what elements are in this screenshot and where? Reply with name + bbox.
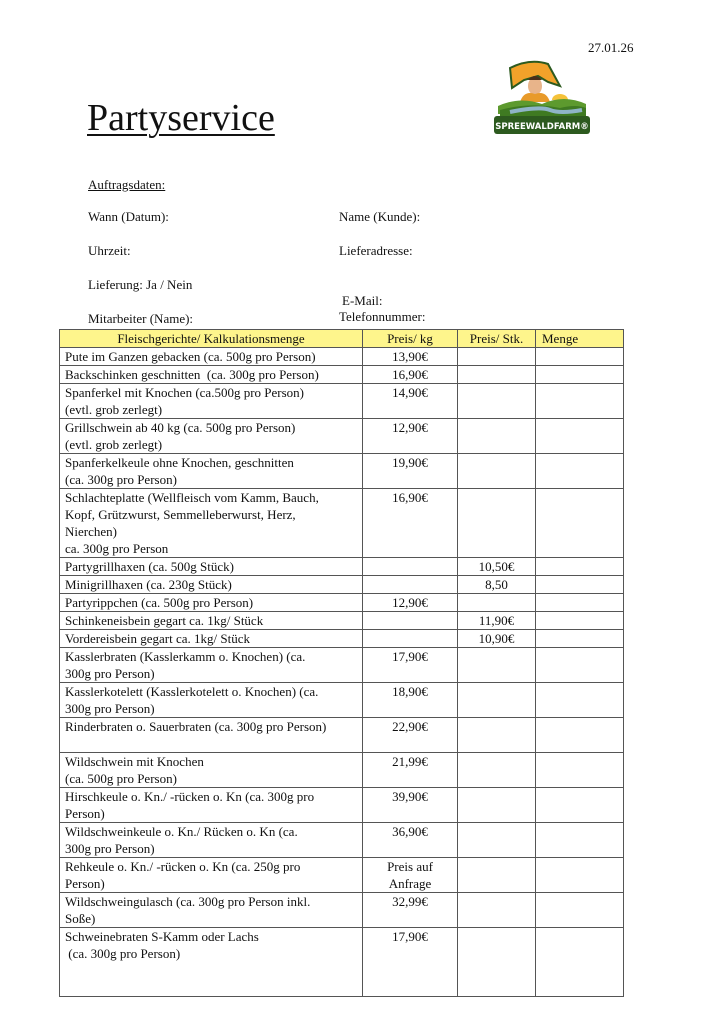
price-per-kg-cell <box>363 558 458 576</box>
employee-field-label: Mitarbeiter (Name): <box>88 311 193 327</box>
quantity-input-cell[interactable] <box>536 858 624 893</box>
cell-line: Anfrage <box>367 875 453 892</box>
cell-line <box>65 962 358 979</box>
quantity-input-cell[interactable] <box>536 594 624 612</box>
table-row: Spanferkel mit Knochen (ca.500g pro Pers… <box>60 384 624 419</box>
price-per-piece-cell <box>458 683 536 718</box>
dish-name-cell: Partyrippchen (ca. 500g pro Person) <box>60 594 363 612</box>
cell-line: Kasslerkotelett (Kasslerkotelett o. Knoc… <box>65 683 358 700</box>
price-per-piece-cell <box>458 753 536 788</box>
cell-line: 12,90€ <box>367 419 453 436</box>
price-per-piece-cell <box>458 788 536 823</box>
cell-line: 17,90€ <box>367 648 453 665</box>
quantity-input-cell[interactable] <box>536 718 624 753</box>
svg-text:SPREEWALDFARM®: SPREEWALDFARM® <box>495 122 588 132</box>
dish-name-cell: Partygrillhaxen (ca. 500g Stück) <box>60 558 363 576</box>
cell-line: 19,90€ <box>367 454 453 471</box>
quantity-input-cell[interactable] <box>536 683 624 718</box>
price-per-piece-cell <box>458 454 536 489</box>
quantity-input-cell[interactable] <box>536 384 624 419</box>
table-row: Minigrillhaxen (ca. 230g Stück)8,50 <box>60 576 624 594</box>
cell-line: Wildschweingulasch (ca. 300g pro Person … <box>65 893 358 910</box>
date-field-label: Wann (Datum): <box>88 209 169 225</box>
cell-line: 18,90€ <box>367 683 453 700</box>
table-row: Partyrippchen (ca. 500g pro Person)12,90… <box>60 594 624 612</box>
cell-line: 22,90€ <box>367 718 453 735</box>
table-row: Schinkeneisbein gegart ca. 1kg/ Stück11,… <box>60 612 624 630</box>
customer-field-label: Name (Kunde): <box>339 209 420 225</box>
table-header-row: Fleischgerichte/ Kalkulationsmenge Preis… <box>60 330 624 348</box>
dish-name-cell: Schinkeneisbein gegart ca. 1kg/ Stück <box>60 612 363 630</box>
table-row: Rinderbraten o. Sauerbraten (ca. 300g pr… <box>60 718 624 753</box>
email-field-label: E-Mail: <box>342 293 382 309</box>
dish-name-cell: Wildschweingulasch (ca. 300g pro Person … <box>60 893 363 928</box>
document-date: 27.01.26 <box>588 40 634 56</box>
price-per-piece-cell: 10,50€ <box>458 558 536 576</box>
price-per-piece-cell <box>458 718 536 753</box>
cell-line: 12,90€ <box>367 594 453 611</box>
price-per-kg-cell: 16,90€ <box>363 489 458 558</box>
cell-line: Wildschweinkeule o. Kn./ Rücken o. Kn (c… <box>65 823 358 840</box>
cell-line: Soße) <box>65 910 358 927</box>
column-header-dish: Fleischgerichte/ Kalkulationsmenge <box>60 330 363 348</box>
cell-line: Backschinken geschnitten (ca. 300g pro P… <box>65 366 358 383</box>
price-per-kg-cell: 17,90€ <box>363 928 458 997</box>
page-title: Partyservice <box>87 96 275 140</box>
cell-line: ca. 300g pro Person <box>65 540 358 557</box>
table-body: Pute im Ganzen gebacken (ca. 500g pro Pe… <box>60 348 624 997</box>
price-per-kg-cell: 19,90€ <box>363 454 458 489</box>
cell-line: (evtl. grob zerlegt) <box>65 401 358 418</box>
dish-name-cell: Vordereisbein gegart ca. 1kg/ Stück <box>60 630 363 648</box>
cell-line: Person) <box>65 805 358 822</box>
quantity-input-cell[interactable] <box>536 753 624 788</box>
price-per-kg-cell <box>363 576 458 594</box>
cell-line: (ca. 300g pro Person) <box>65 945 358 962</box>
time-field-label: Uhrzeit: <box>88 243 131 259</box>
table-row: Pute im Ganzen gebacken (ca. 500g pro Pe… <box>60 348 624 366</box>
dish-name-cell: Minigrillhaxen (ca. 230g Stück) <box>60 576 363 594</box>
quantity-input-cell[interactable] <box>536 823 624 858</box>
cell-line: Spanferkelkeule ohne Knochen, geschnitte… <box>65 454 358 471</box>
table-row: Hirschkeule o. Kn./ -rücken o. Kn (ca. 3… <box>60 788 624 823</box>
cell-line: 32,99€ <box>367 893 453 910</box>
price-per-piece-cell: 8,50 <box>458 576 536 594</box>
price-per-piece-cell <box>458 648 536 683</box>
cell-line: Preis auf <box>367 858 453 875</box>
cell-line: Wildschwein mit Knochen <box>65 753 358 770</box>
dish-name-cell: Spanferkelkeule ohne Knochen, geschnitte… <box>60 454 363 489</box>
price-per-piece-cell <box>458 419 536 454</box>
table-row: Schlachteplatte (Wellfleisch vom Kamm, B… <box>60 489 624 558</box>
price-per-piece-cell <box>458 489 536 558</box>
price-per-kg-cell <box>363 630 458 648</box>
price-per-piece-cell <box>458 928 536 997</box>
cell-line: 14,90€ <box>367 384 453 401</box>
price-per-kg-cell: 12,90€ <box>363 419 458 454</box>
price-per-kg-cell <box>363 612 458 630</box>
price-per-kg-cell: 22,90€ <box>363 718 458 753</box>
price-per-piece-cell <box>458 858 536 893</box>
table-row: Partygrillhaxen (ca. 500g Stück)10,50€ <box>60 558 624 576</box>
price-per-kg-cell: 36,90€ <box>363 823 458 858</box>
cell-line: Hirschkeule o. Kn./ -rücken o. Kn (ca. 3… <box>65 788 358 805</box>
price-per-kg-cell: Preis aufAnfrage <box>363 858 458 893</box>
table-row: Spanferkelkeule ohne Knochen, geschnitte… <box>60 454 624 489</box>
price-per-piece-cell <box>458 348 536 366</box>
column-header-quantity: Menge <box>536 330 624 348</box>
quantity-input-cell[interactable] <box>536 366 624 384</box>
price-per-kg-cell: 39,90€ <box>363 788 458 823</box>
cell-line: 21,99€ <box>367 753 453 770</box>
cell-line: Partyrippchen (ca. 500g pro Person) <box>65 594 358 611</box>
dish-name-cell: Hirschkeule o. Kn./ -rücken o. Kn (ca. 3… <box>60 788 363 823</box>
dish-name-cell: Wildschweinkeule o. Kn./ Rücken o. Kn (c… <box>60 823 363 858</box>
table-row: Kasslerbraten (Kasslerkamm o. Knochen) (… <box>60 648 624 683</box>
price-per-piece-cell <box>458 823 536 858</box>
logo-emblem-icon: SPREEWALDFARM® <box>490 58 594 136</box>
table-row: Wildschweingulasch (ca. 300g pro Person … <box>60 893 624 928</box>
cell-line: Schweinebraten S-Kamm oder Lachs <box>65 928 358 945</box>
quantity-input-cell[interactable] <box>536 489 624 558</box>
dish-name-cell: Rinderbraten o. Sauerbraten (ca. 300g pr… <box>60 718 363 753</box>
quantity-input-cell[interactable] <box>536 558 624 576</box>
quantity-input-cell[interactable] <box>536 648 624 683</box>
price-per-piece-cell <box>458 893 536 928</box>
price-per-piece-cell: 11,90€ <box>458 612 536 630</box>
cell-line: 300g pro Person) <box>65 840 358 857</box>
quantity-input-cell[interactable] <box>536 893 624 928</box>
cell-line: Spanferkel mit Knochen (ca.500g pro Pers… <box>65 384 358 401</box>
cell-line: 13,90€ <box>367 348 453 365</box>
table-row: Grillschwein ab 40 kg (ca. 500g pro Pers… <box>60 419 624 454</box>
cell-line: 16,90€ <box>367 489 453 506</box>
dish-name-cell: Rehkeule o. Kn./ -rücken o. Kn (ca. 250g… <box>60 858 363 893</box>
dish-name-cell: Kasslerbraten (Kasslerkamm o. Knochen) (… <box>60 648 363 683</box>
cell-line: Vordereisbein gegart ca. 1kg/ Stück <box>65 630 358 647</box>
price-per-kg-cell: 13,90€ <box>363 348 458 366</box>
cell-line: 17,90€ <box>367 928 453 945</box>
cell-line <box>65 979 358 996</box>
price-per-piece-cell <box>458 594 536 612</box>
price-table: Fleischgerichte/ Kalkulationsmenge Preis… <box>59 329 624 997</box>
cell-line: (ca. 300g pro Person) <box>65 471 358 488</box>
quantity-input-cell[interactable] <box>536 576 624 594</box>
cell-line: Minigrillhaxen (ca. 230g Stück) <box>65 576 358 593</box>
cell-line: Schinkeneisbein gegart ca. 1kg/ Stück <box>65 612 358 629</box>
quantity-input-cell[interactable] <box>536 419 624 454</box>
price-per-kg-cell: 17,90€ <box>363 648 458 683</box>
quantity-input-cell[interactable] <box>536 612 624 630</box>
cell-line: Person) <box>65 875 358 892</box>
table-row: Kasslerkotelett (Kasslerkotelett o. Knoc… <box>60 683 624 718</box>
dish-name-cell: Backschinken geschnitten (ca. 300g pro P… <box>60 366 363 384</box>
dish-name-cell: Grillschwein ab 40 kg (ca. 500g pro Pers… <box>60 419 363 454</box>
cell-line: Nierchen) <box>65 523 358 540</box>
cell-line: Schlachteplatte (Wellfleisch vom Kamm, B… <box>65 489 358 506</box>
dish-name-cell: Wildschwein mit Knochen(ca. 500g pro Per… <box>60 753 363 788</box>
table-row: Wildschweinkeule o. Kn./ Rücken o. Kn (c… <box>60 823 624 858</box>
table-row: Rehkeule o. Kn./ -rücken o. Kn (ca. 250g… <box>60 858 624 893</box>
quantity-input-cell[interactable] <box>536 630 624 648</box>
column-header-price-piece: Preis/ Stk. <box>458 330 536 348</box>
quantity-input-cell[interactable] <box>536 788 624 823</box>
table-row: Schweinebraten S-Kamm oder Lachs (ca. 30… <box>60 928 624 997</box>
quantity-input-cell[interactable] <box>536 348 624 366</box>
dish-name-cell: Pute im Ganzen gebacken (ca. 500g pro Pe… <box>60 348 363 366</box>
quantity-input-cell[interactable] <box>536 454 624 489</box>
cell-line: 300g pro Person) <box>65 700 358 717</box>
price-per-kg-cell: 14,90€ <box>363 384 458 419</box>
cell-line: 300g pro Person) <box>65 665 358 682</box>
cell-line: 36,90€ <box>367 823 453 840</box>
cell-line: 39,90€ <box>367 788 453 805</box>
price-per-piece-cell: 10,90€ <box>458 630 536 648</box>
column-header-price-kg: Preis/ kg <box>363 330 458 348</box>
cell-line: Rehkeule o. Kn./ -rücken o. Kn (ca. 250g… <box>65 858 358 875</box>
dish-name-cell: Schlachteplatte (Wellfleisch vom Kamm, B… <box>60 489 363 558</box>
price-per-kg-cell: 16,90€ <box>363 366 458 384</box>
cell-line: (evtl. grob zerlegt) <box>65 436 358 453</box>
dish-name-cell: Kasslerkotelett (Kasslerkotelett o. Knoc… <box>60 683 363 718</box>
cell-line: Grillschwein ab 40 kg (ca. 500g pro Pers… <box>65 419 358 436</box>
quantity-input-cell[interactable] <box>536 928 624 997</box>
price-per-kg-cell: 18,90€ <box>363 683 458 718</box>
cell-line: Kopf, Grützwurst, Semmelleberwurst, Herz… <box>65 506 358 523</box>
price-per-kg-cell: 12,90€ <box>363 594 458 612</box>
phone-field-label: Telefonnummer: <box>339 309 425 325</box>
table-row: Vordereisbein gegart ca. 1kg/ Stück10,90… <box>60 630 624 648</box>
table-row: Wildschwein mit Knochen(ca. 500g pro Per… <box>60 753 624 788</box>
cell-line: Rinderbraten o. Sauerbraten (ca. 300g pr… <box>65 718 358 735</box>
cell-line <box>65 735 358 752</box>
address-field-label: Lieferadresse: <box>339 243 413 259</box>
table-row: Backschinken geschnitten (ca. 300g pro P… <box>60 366 624 384</box>
dish-name-cell: Spanferkel mit Knochen (ca.500g pro Pers… <box>60 384 363 419</box>
cell-line: Kasslerbraten (Kasslerkamm o. Knochen) (… <box>65 648 358 665</box>
price-per-piece-cell <box>458 366 536 384</box>
delivery-field-label: Lieferung: Ja / Nein <box>88 277 192 293</box>
price-per-kg-cell: 21,99€ <box>363 753 458 788</box>
cell-line: Pute im Ganzen gebacken (ca. 500g pro Pe… <box>65 348 358 365</box>
cell-line: 16,90€ <box>367 366 453 383</box>
cell-line: Partygrillhaxen (ca. 500g Stück) <box>65 558 358 575</box>
cell-line: (ca. 500g pro Person) <box>65 770 358 787</box>
order-section-label: Auftragsdaten: <box>88 177 165 193</box>
spreewaldfarm-logo: SPREEWALDFARM® <box>490 58 594 136</box>
price-per-piece-cell <box>458 384 536 419</box>
price-per-kg-cell: 32,99€ <box>363 893 458 928</box>
dish-name-cell: Schweinebraten S-Kamm oder Lachs (ca. 30… <box>60 928 363 997</box>
